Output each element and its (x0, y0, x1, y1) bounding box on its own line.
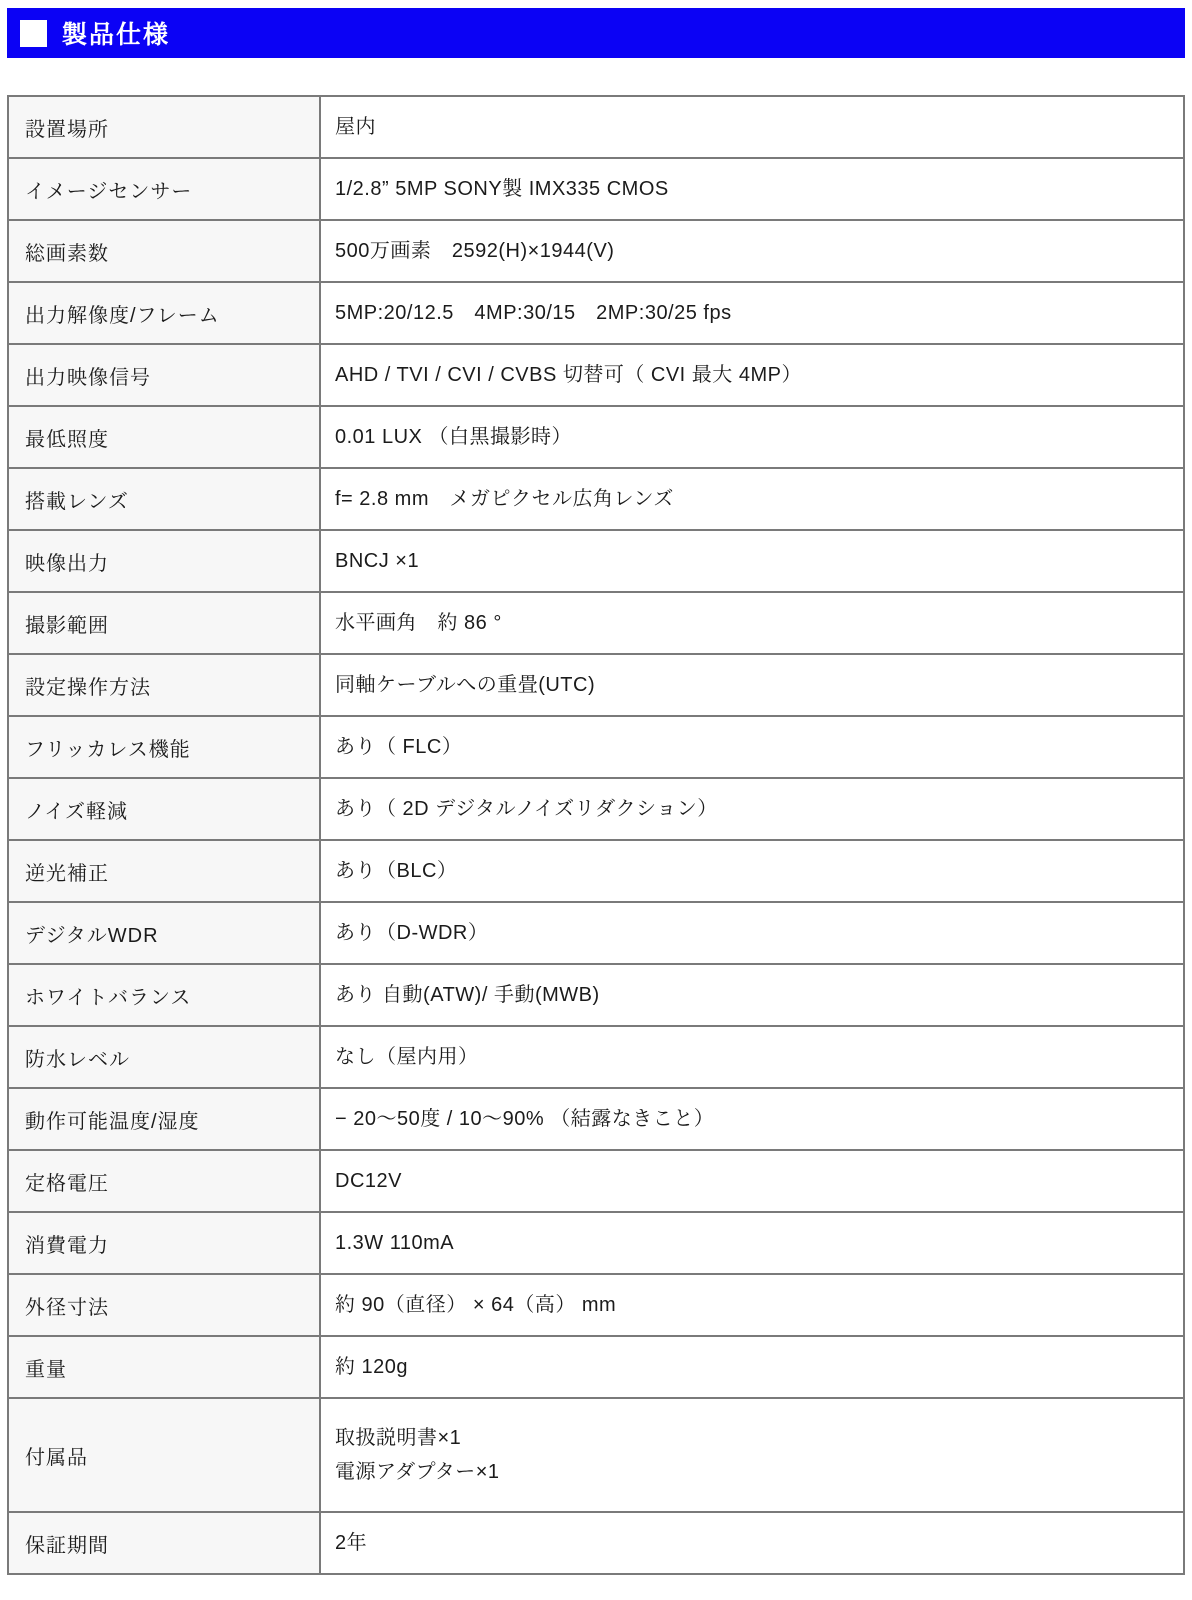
spec-label: 消費電力 (8, 1212, 320, 1274)
spec-value: あり（BLC） (320, 840, 1184, 902)
spec-row: 設置場所屋内 (8, 96, 1184, 158)
spec-label: 撮影範囲 (8, 592, 320, 654)
spec-value: AHD / TVI / CVI / CVBS 切替可（ CVI 最大 4MP） (320, 344, 1184, 406)
spec-row: 最低照度0.01 LUX （白黒撮影時） (8, 406, 1184, 468)
spec-label: 逆光補正 (8, 840, 320, 902)
square-bullet-icon (20, 20, 47, 47)
spec-row: 消費電力1.3W 110mA (8, 1212, 1184, 1274)
spec-row: 撮影範囲水平画角 約 86 ° (8, 592, 1184, 654)
spec-value: BNCJ ×1 (320, 530, 1184, 592)
spec-value: 取扱説明書×1 電源アダプター×1 (320, 1398, 1184, 1512)
spec-value: 同軸ケーブルへの重畳(UTC) (320, 654, 1184, 716)
spec-row: 定格電圧DC12V (8, 1150, 1184, 1212)
spec-label: 外径寸法 (8, 1274, 320, 1336)
spec-label: 設置場所 (8, 96, 320, 158)
spec-label: 出力映像信号 (8, 344, 320, 406)
spec-row: 外径寸法約 90（直径） × 64（高） mm (8, 1274, 1184, 1336)
spec-label: ホワイトバランス (8, 964, 320, 1026)
spec-label: 映像出力 (8, 530, 320, 592)
spec-value: 約 90（直径） × 64（高） mm (320, 1274, 1184, 1336)
spec-label: 総画素数 (8, 220, 320, 282)
spec-row: 搭載レンズf= 2.8 mm メガピクセル広角レンズ (8, 468, 1184, 530)
spec-label: 防水レベル (8, 1026, 320, 1088)
spec-value: あり（ 2D デジタルノイズリダクション） (320, 778, 1184, 840)
spec-label: 最低照度 (8, 406, 320, 468)
spec-table-container: 設置場所屋内イメージセンサー1/2.8” 5MP SONY製 IMX335 CM… (7, 95, 1185, 1575)
spec-value: 水平画角 約 86 ° (320, 592, 1184, 654)
spec-label: 動作可能温度/湿度 (8, 1088, 320, 1150)
spec-value: 約 120g (320, 1336, 1184, 1398)
spec-value: 1.3W 110mA (320, 1212, 1184, 1274)
page: 製品仕様 設置場所屋内イメージセンサー1/2.8” 5MP SONY製 IMX3… (0, 0, 1192, 1585)
spec-value: 5MP:20/12.5 4MP:30/15 2MP:30/25 fps (320, 282, 1184, 344)
spec-row: デジタルWDRあり（D-WDR） (8, 902, 1184, 964)
spec-row: 出力解像度/フレーム5MP:20/12.5 4MP:30/15 2MP:30/2… (8, 282, 1184, 344)
spec-row: 総画素数500万画素 2592(H)×1944(V) (8, 220, 1184, 282)
page-title: 製品仕様 (62, 15, 170, 51)
spec-row: ホワイトバランスあり 自動(ATW)/ 手動(MWB) (8, 964, 1184, 1026)
spec-value: なし（屋内用） (320, 1026, 1184, 1088)
spec-label: 設定操作方法 (8, 654, 320, 716)
spec-label: フリッカレス機能 (8, 716, 320, 778)
spec-value: 2年 (320, 1512, 1184, 1574)
spec-value: − 20～50度 / 10～90% （結露なきこと） (320, 1088, 1184, 1150)
spec-value: あり 自動(ATW)/ 手動(MWB) (320, 964, 1184, 1026)
spec-value: 500万画素 2592(H)×1944(V) (320, 220, 1184, 282)
spec-value: あり（D-WDR） (320, 902, 1184, 964)
spec-value: 屋内 (320, 96, 1184, 158)
spec-row: 付属品取扱説明書×1 電源アダプター×1 (8, 1398, 1184, 1512)
spec-label: デジタルWDR (8, 902, 320, 964)
spec-label: イメージセンサー (8, 158, 320, 220)
product-spec-table: 設置場所屋内イメージセンサー1/2.8” 5MP SONY製 IMX335 CM… (7, 95, 1185, 1575)
spec-label: 付属品 (8, 1398, 320, 1512)
spec-value: あり（ FLC） (320, 716, 1184, 778)
spec-value: 1/2.8” 5MP SONY製 IMX335 CMOS (320, 158, 1184, 220)
spec-value: 0.01 LUX （白黒撮影時） (320, 406, 1184, 468)
spec-label: ノイズ軽減 (8, 778, 320, 840)
spec-row: 逆光補正あり（BLC） (8, 840, 1184, 902)
spec-row: 映像出力BNCJ ×1 (8, 530, 1184, 592)
spec-row: 出力映像信号AHD / TVI / CVI / CVBS 切替可（ CVI 最大… (8, 344, 1184, 406)
spec-value: DC12V (320, 1150, 1184, 1212)
spec-row: 設定操作方法同軸ケーブルへの重畳(UTC) (8, 654, 1184, 716)
section-header-bar: 製品仕様 (7, 8, 1185, 58)
spec-row: フリッカレス機能あり（ FLC） (8, 716, 1184, 778)
spec-row: 重量約 120g (8, 1336, 1184, 1398)
spec-label: 保証期間 (8, 1512, 320, 1574)
spec-value: f= 2.8 mm メガピクセル広角レンズ (320, 468, 1184, 530)
spec-label: 定格電圧 (8, 1150, 320, 1212)
spec-label: 出力解像度/フレーム (8, 282, 320, 344)
spec-label: 搭載レンズ (8, 468, 320, 530)
spec-row: 動作可能温度/湿度− 20～50度 / 10～90% （結露なきこと） (8, 1088, 1184, 1150)
spec-row: 保証期間2年 (8, 1512, 1184, 1574)
spec-row: 防水レベルなし（屋内用） (8, 1026, 1184, 1088)
spec-row: イメージセンサー1/2.8” 5MP SONY製 IMX335 CMOS (8, 158, 1184, 220)
spec-table-body: 設置場所屋内イメージセンサー1/2.8” 5MP SONY製 IMX335 CM… (8, 96, 1184, 1574)
spec-label: 重量 (8, 1336, 320, 1398)
spec-row: ノイズ軽減あり（ 2D デジタルノイズリダクション） (8, 778, 1184, 840)
